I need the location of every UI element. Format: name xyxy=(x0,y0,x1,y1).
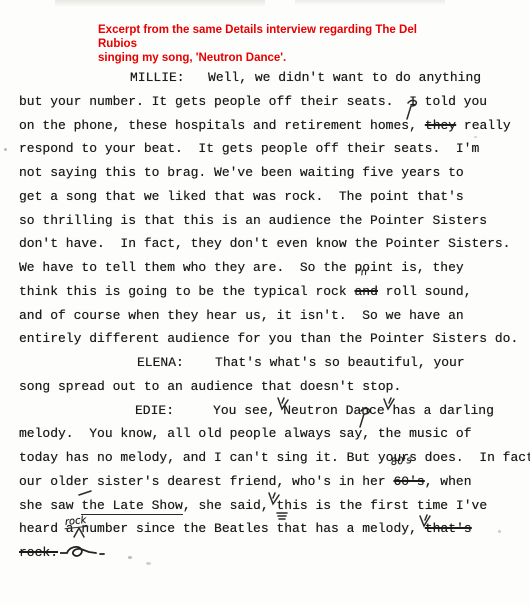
transcript-line: get a song that we liked that was rock. … xyxy=(19,185,524,209)
struck-word: they xyxy=(425,118,456,133)
transcript-line: but your number. It gets people off thei… xyxy=(19,90,524,114)
word-with-capitalize-mark: this xyxy=(276,494,307,518)
dialogue-text: today has no melody, and I can't sing it… xyxy=(19,450,530,465)
transcript-line: MILLIE: Well, we didn't want to do anyth… xyxy=(19,66,524,90)
dialogue-text: get a song that we liked that was rock. … xyxy=(19,189,464,204)
dialogue-text: the music of xyxy=(370,426,471,441)
dialogue-text: , when xyxy=(425,474,472,489)
transcript: MILLIE: Well, we didn't want to do anyth… xyxy=(19,66,524,565)
transcript-line: melody. You know, all old people always … xyxy=(19,422,524,446)
dialogue-text: number since the Beatles that has a melo… xyxy=(74,521,417,536)
speaker-elena: ELENA: xyxy=(137,355,184,370)
struck-word: 60's xyxy=(393,474,424,489)
handwritten-n: 'n' xyxy=(358,267,371,278)
dialogue-text: not saying this to brag. We've been wait… xyxy=(19,165,464,180)
insert-quote-mark-icon xyxy=(418,514,432,529)
struck-word-with-handwriting: 60's80's xyxy=(393,470,424,494)
dialogue-text: Well, we didn't want to do anything xyxy=(185,70,481,85)
dialogue-text: entirely different audience for you than… xyxy=(19,331,518,346)
scan-smudge xyxy=(295,0,445,5)
handwritten-80s: 80's xyxy=(391,456,413,468)
dialogue-text: don't have. In fact, they don't even kno… xyxy=(19,236,510,251)
dialogue-text: melody. You know, all old people always … xyxy=(19,426,362,441)
transcript-line: rock. xyxy=(19,541,524,565)
struck-word: and xyxy=(354,284,377,299)
dialogue-text: this xyxy=(276,498,307,513)
transcript-line: entirely different audience for you than… xyxy=(19,327,524,351)
speaker-millie: MILLIE: xyxy=(130,70,185,85)
dialogue-text: That's what's so beautiful, your xyxy=(184,355,465,370)
transcript-line: song spread out to an audience that does… xyxy=(19,375,524,399)
transcript-line: our older sister's dearest friend, who's… xyxy=(19,470,524,494)
dialogue-text: has a darling xyxy=(385,403,494,418)
transcript-line: heard arock number since the Beatles tha… xyxy=(19,517,524,541)
hand-underlined-title: the Late Show xyxy=(81,494,182,518)
caption-line2: singing my song, 'Neutron Dance'. xyxy=(98,51,458,65)
transcript-line: today has no melody, and I can't sing it… xyxy=(19,446,524,470)
caption-line1: Excerpt from the same Details interview … xyxy=(98,23,458,51)
dialogue-text: We have to tell them who they are. So th… xyxy=(19,260,464,275)
struck-word-with-handwriting: and'n' xyxy=(354,280,377,304)
transcript-line: respond to your beat. It gets people off… xyxy=(19,137,524,161)
comma-with-delete-stroke: , xyxy=(362,422,370,446)
dialogue-text: really xyxy=(456,118,511,133)
dialogue-text: she saw xyxy=(19,498,81,513)
caret-insert-icon xyxy=(73,527,85,538)
transcript-line: and of course when they hear us, it isn'… xyxy=(19,304,524,328)
dialogue-text: roll sound, xyxy=(378,284,472,299)
dialogue-text: our older sister's dearest friend, who's… xyxy=(19,474,393,489)
dialogue-text: so thrilling is that this is an audience… xyxy=(19,213,487,228)
delete-comma-pen-stroke-icon xyxy=(358,407,374,429)
dialogue-text: think this is going to be the typical ro… xyxy=(19,284,354,299)
scan-smudge xyxy=(55,0,265,7)
speaker-edie: EDIE: xyxy=(135,403,174,418)
dialogue-text: song spread out to an audience that does… xyxy=(19,379,401,394)
insert-quote-mark-icon xyxy=(382,397,396,412)
comma-with-delete-stroke: , xyxy=(409,114,417,138)
dialogue-text: , she said, xyxy=(183,498,277,513)
transcript-line: ELENA: That's what's so beautiful, your xyxy=(19,351,524,375)
scan-speck xyxy=(4,148,7,151)
transcript-line: on the phone, these hospitals and retire… xyxy=(19,114,524,138)
struck-word: that's xyxy=(425,521,472,536)
dialogue-text: You see, xyxy=(174,403,283,418)
deletion-loop-pen-mark-icon xyxy=(60,544,106,562)
transcript-line: don't have. In fact, they don't even kno… xyxy=(19,232,524,256)
dialogue-text: respond to your beat. It gets people off… xyxy=(19,141,479,156)
capitalize-mark-icon xyxy=(277,512,289,521)
capital-t-pen-stroke-icon xyxy=(79,490,93,496)
transcript-line: so thrilling is that this is an audience… xyxy=(19,209,524,233)
insert-quote-mark-icon xyxy=(276,397,290,412)
transcript-line: EDIE: You see, Neutron Dance has a darli… xyxy=(19,399,524,423)
dialogue-text: is the first time I've xyxy=(308,498,487,513)
caption: Excerpt from the same Details interview … xyxy=(98,23,458,65)
scanned-document-page: Excerpt from the same Details interview … xyxy=(0,0,530,605)
delete-comma-pen-stroke-icon xyxy=(405,99,421,121)
show-title: the Late Show xyxy=(81,498,182,515)
transcript-line: We have to tell them who they are. So th… xyxy=(19,256,524,280)
transcript-line: think this is going to be the typical ro… xyxy=(19,280,524,304)
struck-word: rock. xyxy=(19,545,58,560)
dialogue-text: and of course when they hear us, it isn'… xyxy=(19,308,464,323)
transcript-line: she saw the Late Show, she said, this is… xyxy=(19,494,524,518)
dialogue-text: on the phone, these hospitals and retire… xyxy=(19,118,409,133)
transcript-line: not saying this to brag. We've been wait… xyxy=(19,161,524,185)
